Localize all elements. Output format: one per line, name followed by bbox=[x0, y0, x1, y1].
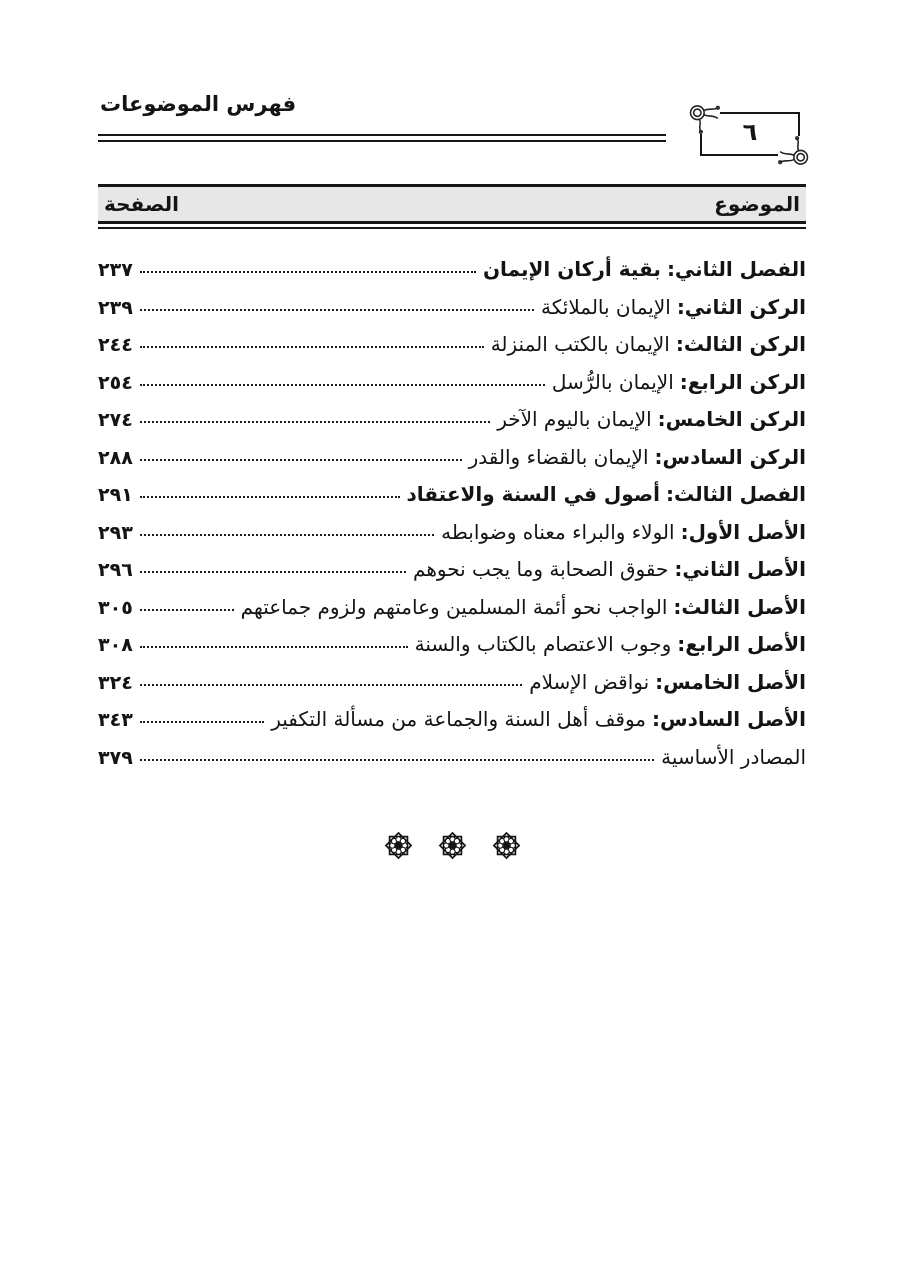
masthead: فهرس الموضوعات bbox=[98, 92, 806, 170]
toc-entry-title: موقف أهل السنة والجماعة من مسألة التكفير bbox=[271, 707, 646, 731]
dot-leader bbox=[140, 646, 408, 648]
column-page-label: الصفحة bbox=[104, 192, 179, 216]
toc-entry-text: الفصل الثالث:أصول في السنة والاعتقاد bbox=[407, 476, 806, 514]
toc-entry-page: ٢٨٨ bbox=[98, 440, 133, 478]
toc-entry-page: ٢٩٣ bbox=[98, 515, 133, 553]
toc-entry-page: ٢٩١ bbox=[98, 477, 133, 515]
toc-entry-text: الأصل الثالث:الواجب نحو أئمة المسلمين وع… bbox=[241, 589, 806, 627]
toc-row: الفصل الثالث:أصول في السنة والاعتقاد ٢٩١ bbox=[98, 476, 806, 514]
toc-row: الأصل الرابع:وجوب الاعتصام بالكتاب والسن… bbox=[98, 626, 806, 664]
book-page: فهرس الموضوعات bbox=[98, 92, 806, 861]
toc-entry-page: ٣٢٤ bbox=[98, 665, 133, 703]
toc-entry-page: ٣٠٥ bbox=[98, 590, 133, 628]
rosette-icon bbox=[491, 830, 522, 861]
toc-entry-page: ٢٥٤ bbox=[98, 365, 133, 403]
toc-entry-text: الأصل الثاني:حقوق الصحابة وما يجب نحوهم bbox=[413, 551, 806, 589]
toc-entry-title: الإيمان بالرُّسل bbox=[552, 370, 674, 394]
toc-entry-text: الركن الرابع:الإيمان بالرُّسل bbox=[552, 364, 806, 402]
toc-entry-title: الواجب نحو أئمة المسلمين وعامتهم ولزوم ج… bbox=[241, 595, 668, 619]
toc-entry-page: ٢٧٤ bbox=[98, 402, 133, 440]
toc-entry-page: ٢٣٧ bbox=[98, 252, 133, 290]
toc-list: الفصل الثاني:بقية أركان الإيمان ٢٣٧ الرك… bbox=[98, 251, 806, 776]
toc-entry-text: الركن السادس:الإيمان بالقضاء والقدر bbox=[469, 439, 806, 477]
floral-flourish-icon bbox=[778, 136, 812, 170]
toc-entry-title: الإيمان بالكتب المنزلة bbox=[491, 332, 670, 356]
toc-entry-title: الإيمان بالقضاء والقدر bbox=[469, 445, 649, 469]
toc-entry-page: ٣٤٣ bbox=[98, 702, 133, 740]
dot-leader bbox=[140, 271, 476, 273]
column-topic-label: الموضوع bbox=[714, 192, 800, 216]
toc-entry-title: الإيمان بالملائكة bbox=[541, 295, 671, 319]
toc-entry-label: الركن الرابع: bbox=[680, 370, 806, 394]
toc-entry-title: الإيمان باليوم الآخر bbox=[497, 407, 651, 431]
toc-entry-label: الركن الثالث: bbox=[676, 332, 806, 356]
toc-entry-text: الأصل الخامس:نواقض الإسلام bbox=[529, 664, 806, 702]
toc-entry-title: المصادر الأساسية bbox=[661, 745, 806, 769]
dot-leader bbox=[140, 534, 434, 536]
double-rule bbox=[98, 134, 666, 142]
floral-flourish-icon bbox=[686, 100, 720, 134]
toc-entry-label: الركن السادس: bbox=[655, 445, 806, 469]
dot-leader bbox=[140, 759, 654, 761]
ornament-divider bbox=[98, 830, 806, 861]
page-number: ٦ bbox=[743, 120, 758, 148]
columns-header-bar: الموضوع الصفحة bbox=[98, 184, 806, 224]
toc-row: المصادر الأساسية ٣٧٩ bbox=[98, 739, 806, 777]
dot-leader bbox=[140, 421, 490, 423]
toc-entry-text: الفصل الثاني:بقية أركان الإيمان bbox=[483, 251, 806, 289]
toc-row: الركن الرابع:الإيمان بالرُّسل ٢٥٤ bbox=[98, 364, 806, 402]
toc-entry-page: ٢٣٩ bbox=[98, 290, 133, 328]
dot-leader bbox=[140, 346, 484, 348]
toc-entry-title: أصول في السنة والاعتقاد bbox=[407, 482, 660, 506]
toc-entry-label: الأصل الثالث: bbox=[673, 595, 806, 619]
toc-entry-label: الركن الثاني: bbox=[677, 295, 806, 319]
toc-entry-label: الأصل الرابع: bbox=[677, 632, 806, 656]
toc-entry-label: الأصل الأول: bbox=[681, 520, 806, 544]
toc-entry-title: بقية أركان الإيمان bbox=[483, 257, 661, 281]
toc-entry-text: الأصل الرابع:وجوب الاعتصام بالكتاب والسن… bbox=[415, 626, 806, 664]
dot-leader bbox=[140, 496, 400, 498]
toc-entry-text: الأصل الأول:الولاء والبراء معناه وضوابطه bbox=[441, 514, 806, 552]
toc-entry-page: ٣٧٩ bbox=[98, 740, 133, 778]
toc-entry-text: الأصل السادس:موقف أهل السنة والجماعة من … bbox=[271, 701, 806, 739]
page-number-box: ٦ bbox=[700, 112, 800, 156]
toc-row: الأصل الثاني:حقوق الصحابة وما يجب نحوهم … bbox=[98, 551, 806, 589]
toc-entry-title: الولاء والبراء معناه وضوابطه bbox=[441, 520, 674, 544]
toc-row: الركن الثاني:الإيمان بالملائكة ٢٣٩ bbox=[98, 289, 806, 327]
toc-entry-label: الفصل الثاني: bbox=[667, 257, 806, 281]
toc-entry-text: الركن الثالث:الإيمان بالكتب المنزلة bbox=[491, 326, 806, 364]
toc-entry-text: المصادر الأساسية bbox=[661, 739, 806, 777]
toc-row: الأصل السادس:موقف أهل السنة والجماعة من … bbox=[98, 701, 806, 739]
toc-entry-label: الأصل الثاني: bbox=[674, 557, 806, 581]
toc-entry-text: الركن الخامس:الإيمان باليوم الآخر bbox=[497, 401, 806, 439]
dot-leader bbox=[140, 384, 545, 386]
page-title: فهرس الموضوعات bbox=[100, 92, 296, 116]
dot-leader bbox=[140, 459, 462, 461]
toc-entry-page: ٢٩٦ bbox=[98, 552, 133, 590]
toc-row: الركن الخامس:الإيمان باليوم الآخر ٢٧٤ bbox=[98, 401, 806, 439]
toc-row: الأصل الثالث:الواجب نحو أئمة المسلمين وع… bbox=[98, 589, 806, 627]
toc-entry-label: الفصل الثالث: bbox=[666, 482, 806, 506]
dot-leader bbox=[140, 684, 522, 686]
toc-row: الركن السادس:الإيمان بالقضاء والقدر ٢٨٨ bbox=[98, 439, 806, 477]
toc-row: الفصل الثاني:بقية أركان الإيمان ٢٣٧ bbox=[98, 251, 806, 289]
toc-entry-title: حقوق الصحابة وما يجب نحوهم bbox=[413, 557, 668, 581]
toc-entry-label: الركن الخامس: bbox=[658, 407, 806, 431]
toc-entry-label: الأصل السادس: bbox=[652, 707, 806, 731]
toc-row: الأصل الأول:الولاء والبراء معناه وضوابطه… bbox=[98, 514, 806, 552]
toc-entry-page: ٢٤٤ bbox=[98, 327, 133, 365]
toc-entry-title: وجوب الاعتصام بالكتاب والسنة bbox=[415, 632, 672, 656]
toc-entry-text: الركن الثاني:الإيمان بالملائكة bbox=[541, 289, 806, 327]
dot-leader bbox=[140, 309, 534, 311]
rosette-icon bbox=[437, 830, 468, 861]
dot-leader bbox=[140, 609, 234, 611]
toc-entry-label: الأصل الخامس: bbox=[655, 670, 806, 694]
toc-row: الركن الثالث:الإيمان بالكتب المنزلة ٢٤٤ bbox=[98, 326, 806, 364]
dot-leader bbox=[140, 721, 264, 723]
toc-entry-title: نواقض الإسلام bbox=[529, 670, 649, 694]
toc-entry-page: ٣٠٨ bbox=[98, 627, 133, 665]
rosette-icon bbox=[383, 830, 414, 861]
toc-row: الأصل الخامس:نواقض الإسلام ٣٢٤ bbox=[98, 664, 806, 702]
dot-leader bbox=[140, 571, 406, 573]
